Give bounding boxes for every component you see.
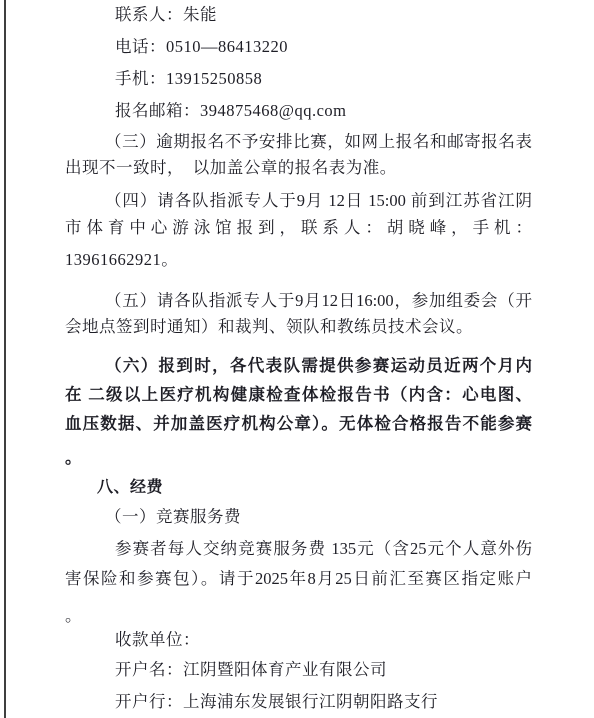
document-line-4: 报名邮箱：394875468@qq.com (65, 101, 532, 121)
document-line-17: （一）竞赛服务费 (65, 507, 532, 527)
document-line-9: 13961662921。 (65, 250, 532, 270)
document-line-22: 开户名：江阴暨阳体育产业有限公司 (65, 660, 532, 680)
document-line-13: 在 二级以上医疗机构健康检查体检报告书（内含：心电图、 (65, 385, 532, 405)
document-line-2: 电话：0510—86413220 (65, 37, 532, 57)
document-line-15: 。 (65, 448, 532, 468)
document-line-21: 收款单位： (65, 630, 532, 650)
document-line-11: 会地点签到时通知）和裁判、领队和教练员技术会议。 (65, 317, 532, 337)
document-line-10: （五）请各队指派专人于9月12日16:00，参加组委会（开 (65, 291, 532, 311)
document-body: 联系人：朱能电话：0510—86413220手机：13915250858报名邮箱… (0, 0, 594, 718)
document-line-16: 八、经费 (65, 477, 532, 497)
document-line-5: （三）逾期报名不予安排比赛，如网上报名和邮寄报名表 (65, 132, 532, 152)
document-line-3: 手机：13915250858 (65, 69, 532, 89)
document-line-8: 市体育中心游泳馆报到，联系人：胡晓峰，手机： (65, 218, 532, 238)
document-line-19: 害保险和参赛包）。请于2025年8月25日前汇至赛区指定账户 (65, 569, 532, 589)
document-line-14: 血压数据、并加盖医疗机构公章）。无体检合格报告不能参赛 (65, 414, 532, 434)
document-line-18: 参赛者每人交纳竞赛服务费 135元（含25元个人意外伤 (65, 539, 532, 559)
document-line-23: 开户行：上海浦东发展银行江阴朝阳路支行 (65, 692, 532, 712)
document-page: 联系人：朱能电话：0510—86413220手机：13915250858报名邮箱… (0, 0, 594, 718)
document-line-20: 。 (65, 606, 532, 626)
document-line-12: （六）报到时，各代表队需提供参赛运动员近两个月内 (65, 356, 532, 376)
document-line-7: （四）请各队指派专人于9月 12日 15:00 前到江苏省江阴 (65, 191, 532, 211)
document-line-6: 出现不一致时， 以加盖公章的报名表为准。 (65, 158, 532, 178)
document-line-1: 联系人：朱能 (65, 5, 532, 25)
